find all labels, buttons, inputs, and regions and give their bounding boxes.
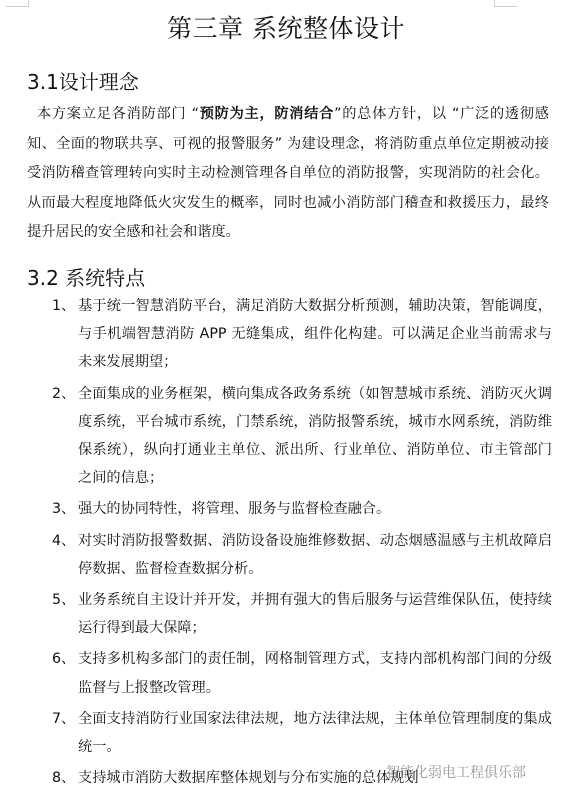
list-item: 4、对实时消防报警数据、消防设备设施维修数据、动态烟感温感与主机故障启停数据、监… bbox=[52, 527, 552, 583]
design-concept-paragraph: 本方案立足各消防部门 “预防为主，防消结合”的总体方针，以 “广泛的透彻感知、全… bbox=[27, 100, 549, 248]
paragraph-bold-motto: 预防为主，防消结合 bbox=[199, 106, 334, 122]
page-corner-mark-left bbox=[6, 0, 29, 7]
features-list: 1、基于统一智慧消防平台，满足消防大数据分析预测，辅助决策，智能调度，与手机端智… bbox=[52, 292, 552, 794]
list-item-text: 业务系统自主设计并开发，并拥有强大的售后服务与运营维保队伍，使持续运行得到最大保… bbox=[78, 592, 552, 636]
list-item: 3、强大的协同特性，将管理、服务与监督检查融合。 bbox=[52, 495, 552, 523]
list-item-text: 支持城市消防大数据库整体规划与分布实施的总体规划 bbox=[78, 770, 419, 786]
list-item-number: 6、 bbox=[52, 645, 75, 673]
paragraph-text-start: 本方案立足各消防部门 “ bbox=[37, 106, 199, 122]
list-item-text: 支持多机构多部门的责任制，网格制管理方式，支持内部机构部门间的分级监督与上报整改… bbox=[78, 651, 552, 695]
list-item: 1、基于统一智慧消防平台，满足消防大数据分析预测，辅助决策，智能调度，与手机端智… bbox=[52, 292, 552, 377]
list-item-number: 5、 bbox=[52, 586, 75, 614]
list-item-number: 1、 bbox=[52, 292, 75, 320]
list-item: 2、全面集成的业务框架，横向集成各政务系统（如智慧城市系统、消防灭火调度系统，平… bbox=[52, 380, 552, 493]
list-item-number: 8、 bbox=[52, 764, 75, 792]
list-item-text: 强大的协同特性，将管理、服务与监督检查融合。 bbox=[78, 501, 390, 517]
list-item-text: 对实时消防报警数据、消防设备设施维修数据、动态烟感温感与主机故障启停数据、监督检… bbox=[78, 533, 552, 577]
paragraph-text-rest: ”的总体方针，以 “广泛的透彻感知、全面的物联共享、可视的报警服务” 为建设理念… bbox=[27, 106, 549, 240]
list-item-text: 全面支持消防行业国家法律法规，地方法律法规，主体单位管理制度的集成统一。 bbox=[78, 711, 552, 755]
watermark: 智能化弱电工程俱乐部 bbox=[386, 762, 526, 782]
section-heading-system-features: 3.2 系统特点 bbox=[27, 262, 145, 291]
list-item-number: 3、 bbox=[52, 495, 75, 523]
list-item-number: 2、 bbox=[52, 380, 75, 408]
section-heading-design-concept: 3.1设计理念 bbox=[27, 66, 139, 95]
page-corner-mark-right bbox=[494, 0, 517, 7]
chapter-title: 第三章 系统整体设计 bbox=[0, 9, 572, 45]
list-item-text: 全面集成的业务框架，横向集成各政务系统（如智慧城市系统、消防灭火调度系统，平台城… bbox=[78, 386, 552, 487]
list-item: 6、支持多机构多部门的责任制，网格制管理方式，支持内部机构部门间的分级监督与上报… bbox=[52, 645, 552, 701]
list-item: 7、全面支持消防行业国家法律法规，地方法律法规，主体单位管理制度的集成统一。 bbox=[52, 705, 552, 761]
list-item-text: 基于统一智慧消防平台，满足消防大数据分析预测，辅助决策，智能调度，与手机端智慧消… bbox=[78, 298, 552, 370]
list-item-number: 7、 bbox=[52, 705, 75, 733]
list-item-number: 4、 bbox=[52, 527, 75, 555]
list-item: 5、业务系统自主设计并开发，并拥有强大的售后服务与运营维保队伍，使持续运行得到最… bbox=[52, 586, 552, 642]
